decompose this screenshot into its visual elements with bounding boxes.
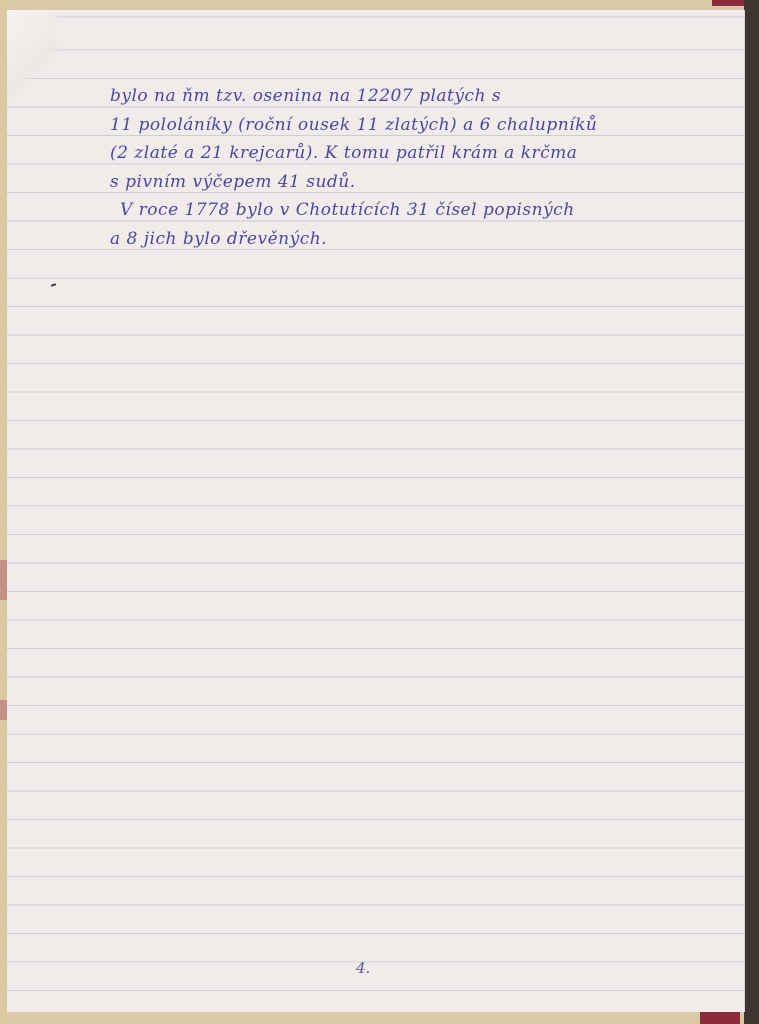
margin-stain	[0, 560, 7, 600]
dark-backing-edge	[744, 0, 759, 1024]
margin-stain	[0, 700, 7, 720]
text-line: a 8 jich bylo dřevěných.	[110, 225, 730, 254]
folded-corner	[7, 10, 57, 110]
backing-stain-bottom	[700, 1012, 740, 1024]
text-line: V roce 1778 bylo v Chotutících 31 čísel …	[110, 196, 730, 225]
left-binding-strip	[0, 0, 7, 1024]
text-line: (2 zlaté a 21 krejcarů). K tomu patřil k…	[110, 139, 730, 168]
backing-stain-top	[712, 0, 744, 6]
text-line: s pivním výčepem 41 sudů.	[110, 168, 730, 197]
page-number: 4.	[356, 959, 370, 977]
text-line: 11 pololáníky (roční ousek 11 zlatých) a…	[110, 111, 730, 140]
handwritten-text-block: bylo na ňm tzv. osenina na 12207 platých…	[110, 82, 730, 253]
text-line: bylo na ňm tzv. osenina na 12207 platých…	[110, 82, 730, 111]
